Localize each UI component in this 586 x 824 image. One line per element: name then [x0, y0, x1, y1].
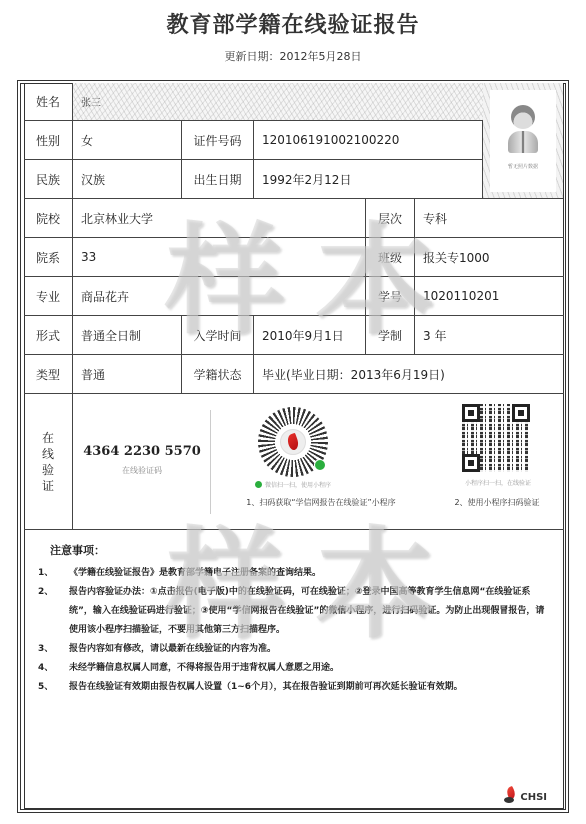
status-value: 毕业(毕业日期：2013年6月19日) [254, 355, 564, 394]
note-text: 未经学籍信息权属人同意，不得将报告用于违背权属人意愿之用途。 [69, 659, 550, 678]
wechat-mini-program-icon [314, 459, 326, 471]
ethnicity-value: 汉族 [73, 160, 182, 199]
class-label: 班级 [366, 238, 415, 277]
qr-finder-icon [462, 404, 480, 422]
note-item: 4、 未经学籍信息权属人同意，不得将报告用于违背权属人意愿之用途。 [38, 659, 550, 678]
update-date: 更新日期：2012年5月28日 [0, 48, 586, 64]
chsi-logo-text: CHSI [520, 792, 547, 803]
chsi-flame-icon [504, 787, 518, 803]
note-item: 1、 《学籍在线验证报告》是教育部学籍电子注册备案的查询结果。 [38, 564, 550, 583]
department-label: 院系 [24, 238, 73, 277]
id-label: 证件号码 [182, 121, 254, 160]
name-label: 姓名 [24, 83, 73, 121]
qr-finder-icon [462, 454, 480, 472]
mini-program-qr-code[interactable] [258, 407, 328, 477]
student-no-value: 1020110201 [415, 277, 564, 316]
report-title: 教育部学籍在线验证报告 [0, 8, 586, 39]
note-text: 报告内容如有修改，请以最新在线验证的内容为准。 [69, 640, 550, 659]
type-label: 类型 [24, 355, 73, 394]
verification-panel: 4364 2230 5570 在线验证码 微信扫一扫，使用小程序 1、扫码获取“… [73, 394, 564, 530]
name-value: 张三 [81, 94, 101, 109]
verification-qr-code[interactable] [462, 404, 530, 472]
enroll-value: 2010年9月1日 [254, 316, 366, 355]
avatar-placeholder-icon [511, 105, 535, 129]
level-label: 层次 [366, 199, 415, 238]
photo-placeholder: 暂无照片数据 [490, 90, 556, 192]
divider [210, 410, 211, 514]
school-label: 院校 [24, 199, 73, 238]
department-value: 33 [73, 238, 366, 277]
step-2-instruction: 2、使用小程序扫码验证 [435, 497, 559, 508]
major-label: 专业 [24, 277, 73, 316]
qr1-caption: 微信扫一扫，使用小程序 [223, 480, 363, 489]
note-number: 3、 [38, 640, 69, 659]
school-value: 北京林业大学 [73, 199, 366, 238]
note-item: 3、 报告内容如有修改，请以最新在线验证的内容为准。 [38, 640, 550, 659]
duration-value: 3 年 [415, 316, 564, 355]
verification-label-char: 线 [42, 446, 54, 462]
note-number: 2、 [38, 583, 69, 640]
photo-box: 暂无照片数据 [483, 83, 563, 199]
verification-label: 在 线 验 证 [24, 394, 73, 530]
qr2-caption: 小程序扫一扫，在线验证 [443, 478, 553, 487]
notes-title: 注意事项： [50, 542, 550, 558]
verification-label-char: 在 [42, 430, 54, 446]
id-value: 120106191002100220 [254, 121, 483, 160]
note-text: 《学籍在线验证报告》是教育部学籍电子注册备案的查询结果。 [69, 564, 550, 583]
chsi-logo: CHSI [504, 787, 547, 803]
type-value: 普通 [73, 355, 182, 394]
note-text: 报告内容验证办法：①点击报告(电子版)中的在线验证码，可在线验证；②登录中国高等… [69, 583, 550, 640]
note-number: 4、 [38, 659, 69, 678]
wechat-icon [255, 481, 262, 488]
class-value: 报关专1000 [415, 238, 564, 277]
enroll-label: 入学时间 [182, 316, 254, 355]
ethnicity-label: 民族 [24, 160, 73, 199]
name-cell: 张三 [73, 83, 483, 121]
verification-code-caption: 在线验证码 [73, 465, 211, 476]
notes-section: 注意事项： 1、 《学籍在线验证报告》是教育部学籍电子注册备案的查询结果。 2、… [38, 542, 550, 697]
birth-label: 出生日期 [182, 160, 254, 199]
duration-label: 学制 [366, 316, 415, 355]
status-label: 学籍状态 [182, 355, 254, 394]
note-number: 5、 [38, 678, 69, 697]
form-value: 普通全日制 [73, 316, 182, 355]
avatar-body-icon [508, 131, 538, 153]
verification-code[interactable]: 4364 2230 5570 [73, 444, 211, 459]
note-text: 报告在线验证有效期由报告权属人设置（1~6个月），其在报告验证到期前可再次延长验… [69, 678, 550, 697]
qr-finder-icon [512, 404, 530, 422]
verification-label-char: 证 [42, 478, 54, 494]
birth-value: 1992年2月12日 [254, 160, 483, 199]
verification-code-block: 4364 2230 5570 在线验证码 [73, 444, 211, 476]
qr1-caption-text: 微信扫一扫，使用小程序 [265, 480, 331, 489]
gender-value: 女 [73, 121, 182, 160]
gender-label: 性别 [24, 121, 73, 160]
chsi-logo-icon [280, 429, 306, 455]
form-label: 形式 [24, 316, 73, 355]
note-item: 2、 报告内容验证办法：①点击报告(电子版)中的在线验证码，可在线验证；②登录中… [38, 583, 550, 640]
student-no-label: 学号 [366, 277, 415, 316]
verification-label-char: 验 [42, 462, 54, 478]
photo-caption: 暂无照片数据 [508, 163, 538, 170]
step-1-instruction: 1、扫码获取“学信网报告在线验证”小程序 [223, 497, 419, 508]
level-value: 专科 [415, 199, 564, 238]
major-value: 商品花卉 [73, 277, 366, 316]
note-number: 1、 [38, 564, 69, 583]
note-item: 5、 报告在线验证有效期由报告权属人设置（1~6个月），其在报告验证到期前可再次… [38, 678, 550, 697]
